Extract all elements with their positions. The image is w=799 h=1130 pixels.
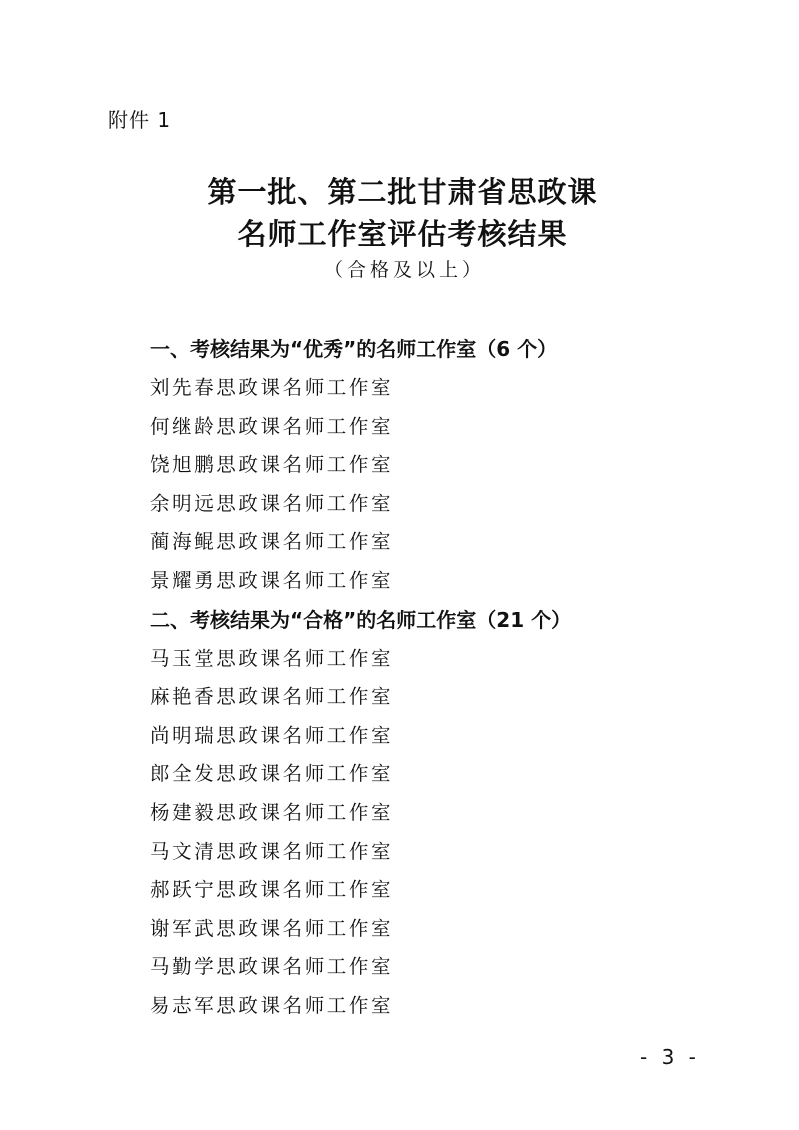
document-body: 一、考核结果为“优秀”的名师工作室（6 个） 刘先春思政课名师工作室 何继龄思政… — [150, 330, 750, 1026]
attachment-label: 附件 1 — [108, 104, 171, 133]
list-item: 谢军武思政课名师工作室 — [150, 910, 750, 949]
list-item: 马勤学思政课名师工作室 — [150, 948, 750, 987]
list-item: 郎全发思政课名师工作室 — [150, 755, 750, 794]
document-subtitle: （合格及以上） — [0, 255, 799, 282]
section-heading-excellent: 一、考核结果为“优秀”的名师工作室（6 个） — [150, 330, 750, 369]
list-item: 尚明瑞思政课名师工作室 — [150, 717, 750, 756]
list-item: 麻艳香思政课名师工作室 — [150, 678, 750, 717]
list-item: 何继龄思政课名师工作室 — [150, 408, 750, 447]
document-title-line-2: 名师工作室评估考核结果 — [3, 212, 799, 253]
document-title-line-1: 第一批、第二批甘肃省思政课 — [3, 170, 799, 211]
list-item: 易志军思政课名师工作室 — [150, 987, 750, 1026]
list-item: 蔺海鲲思政课名师工作室 — [150, 523, 750, 562]
list-item: 马玉堂思政课名师工作室 — [150, 640, 750, 679]
list-item: 马文清思政课名师工作室 — [150, 833, 750, 872]
document-page: 附件 1 第一批、第二批甘肃省思政课 名师工作室评估考核结果 （合格及以上） 一… — [0, 0, 799, 1130]
page-number: - 3 - — [640, 1045, 700, 1069]
list-item: 刘先春思政课名师工作室 — [150, 369, 750, 408]
list-item: 饶旭鹏思政课名师工作室 — [150, 446, 750, 485]
list-item: 郝跃宁思政课名师工作室 — [150, 871, 750, 910]
list-item: 景耀勇思政课名师工作室 — [150, 562, 750, 601]
list-item: 杨建毅思政课名师工作室 — [150, 794, 750, 833]
list-item: 余明远思政课名师工作室 — [150, 485, 750, 524]
section-heading-qualified: 二、考核结果为“合格”的名师工作室（21 个） — [150, 601, 750, 640]
